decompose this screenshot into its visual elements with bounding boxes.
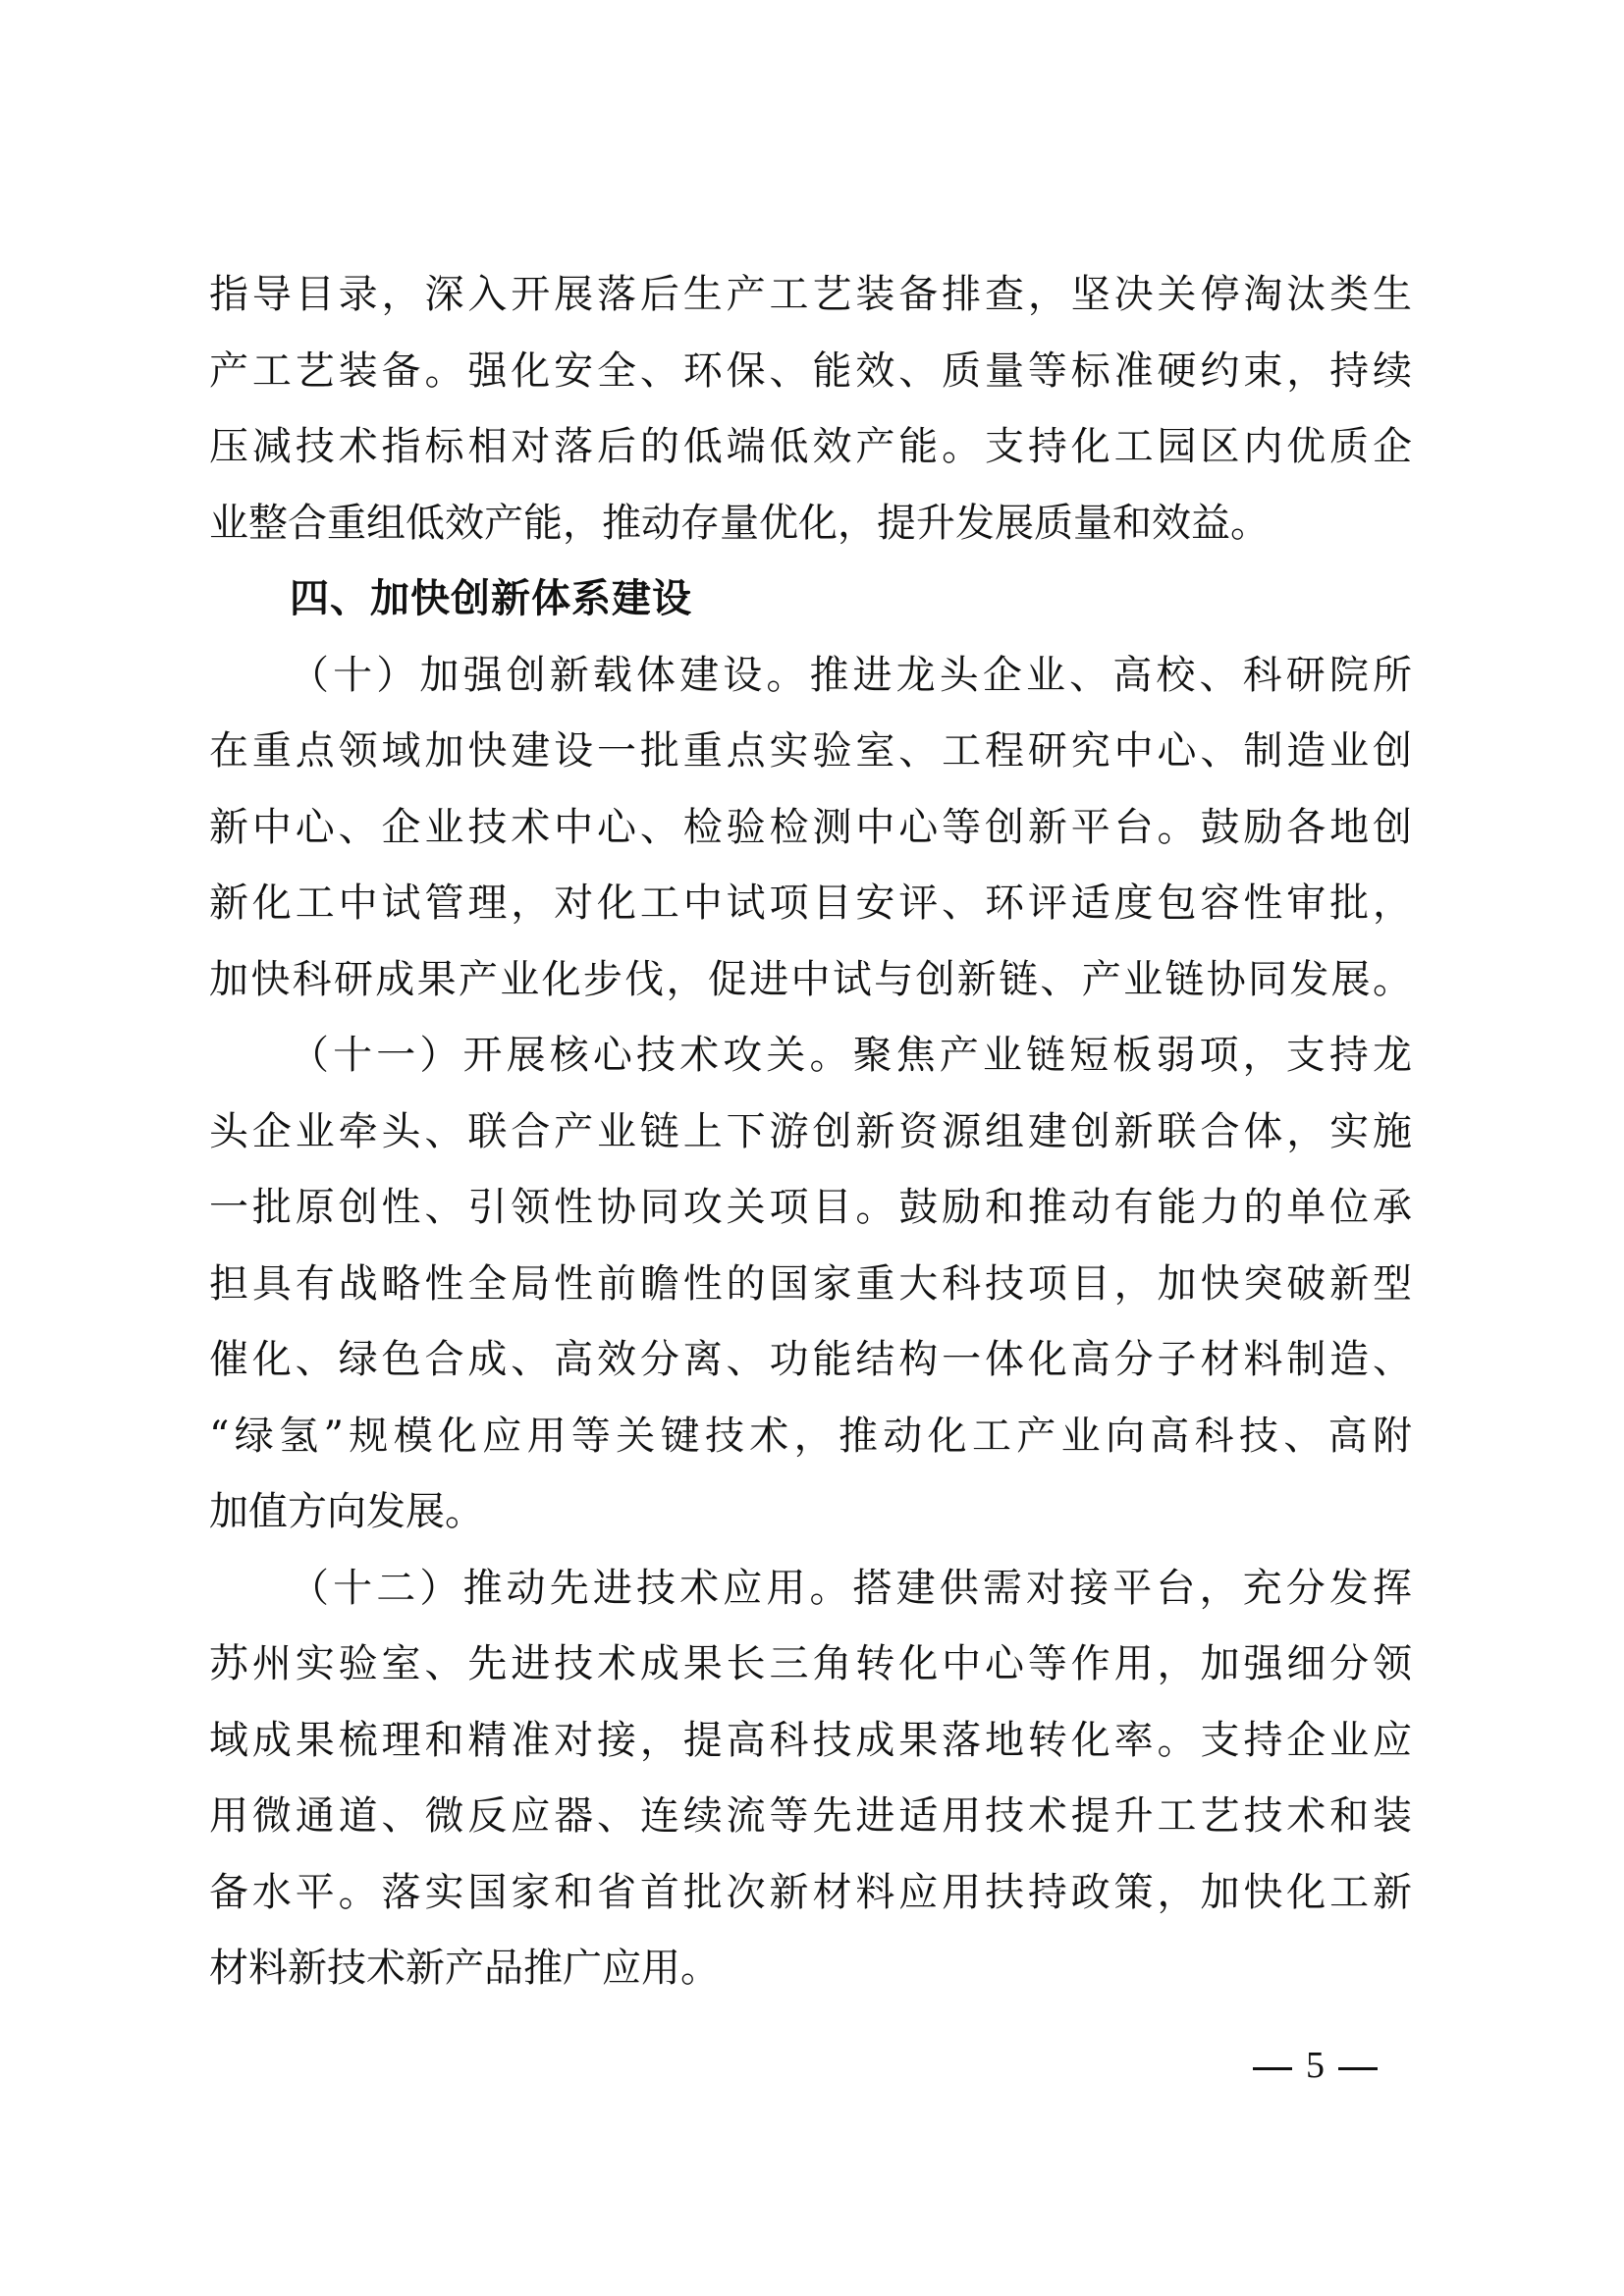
paragraph-12-start: （十二）推动先进技术应用。搭建供需对接平台，充分发挥 [209,1551,1412,1628]
text-line: 一批原创性、引领性协同攻关项目。鼓励和推动有能力的单位承 [209,1170,1412,1247]
text-line: 用微通道、微反应器、连续流等先进适用技术提升工艺技术和装 [209,1779,1412,1855]
page-number: 5 [1306,2045,1325,2086]
text-line: 业整合重组低效产能，推动存量优化，提升发展质量和效益。 [209,486,1412,562]
text-line: 新中心、企业技术中心、检验检测中心等创新平台。鼓励各地创 [209,790,1412,867]
document-body: 指导目录，深入开展落后生产工艺装备排查，坚决关停淘汰类生 产工艺装备。强化安全、… [209,257,1412,2007]
text-line: 备水平。落实国家和省首批次新材料应用扶持政策，加快化工新 [209,1855,1412,1932]
text-line: 压减技术指标相对落后的低端低效产能。支持化工园区内优质企 [209,409,1412,486]
text-line: 催化、绿色合成、高效分离、功能结构一体化高分子材料制造、 [209,1322,1412,1399]
text-line: 材料新技术新产品推广应用。 [209,1931,1412,2007]
text-line: “绿氢”规模化应用等关键技术，推动化工产业向高科技、高附 [209,1399,1412,1475]
text-line: 新化工中试管理，对化工中试项目安评、环评适度包容性审批， [209,866,1412,942]
text-line: 头企业牵头、联合产业链上下游创新资源组建创新联合体，实施 [209,1095,1412,1171]
text-line: 在重点领域加快建设一批重点实验室、工程研究中心、制造业创 [209,714,1412,790]
text-line: 域成果梳理和精准对接，提高科技成果落地转化率。支持企业应 [209,1703,1412,1780]
paragraph-10-start: （十）加强创新载体建设。推进龙头企业、高校、科研院所 [209,638,1412,715]
text-line: 产工艺装备。强化安全、环保、能效、质量等标准硬约束，持续 [209,334,1412,410]
text-line: 加值方向发展。 [209,1474,1412,1551]
text-line: 担具有战略性全局性前瞻性的国家重大科技项目，加快突破新型 [209,1247,1412,1323]
text-line: 指导目录，深入开展落后生产工艺装备排查，坚决关停淘汰类生 [209,257,1412,334]
page-number-footer: 5 [1239,2044,1391,2087]
dash-left [1253,2067,1292,2070]
text-line: 苏州实验室、先进技术成果长三角转化中心等作用，加强细分领 [209,1627,1412,1703]
text-line: 加快科研成果产业化步伐，促进中试与创新链、产业链协同发展。 [209,942,1412,1019]
section-heading: 四、加快创新体系建设 [209,561,1412,638]
dash-right [1338,2067,1378,2070]
paragraph-11-start: （十一）开展核心技术攻关。聚焦产业链短板弱项，支持龙 [209,1018,1412,1095]
